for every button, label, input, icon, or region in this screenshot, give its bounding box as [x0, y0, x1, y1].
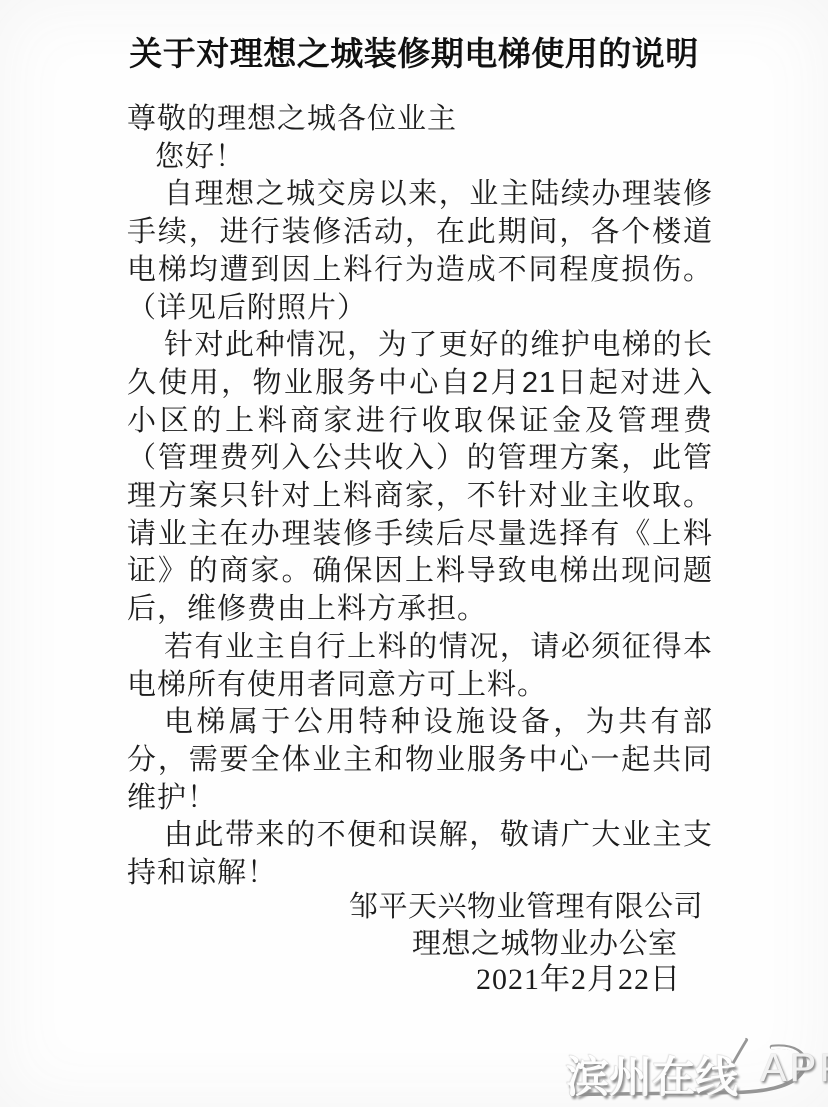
watermark-app-label: APP: [760, 1046, 828, 1091]
greeting-line: 您好！: [127, 139, 713, 177]
body-paragraph: 由此带来的不便和误解，敬请广大业主支持和谅解！: [127, 817, 713, 892]
body-paragraph: 若有业主自行上料的情况，请必须征得本电梯所有使用者同意方可上料。: [127, 629, 713, 704]
salutation-line: 尊敬的理想之城各位业主: [127, 101, 713, 139]
news-app-watermark: 滨州在线 APP: [556, 1034, 822, 1104]
signature-office: 理想之城物业办公室: [412, 925, 678, 963]
signature-company: 邹平天兴物业管理有限公司: [349, 888, 703, 926]
document-body: 尊敬的理想之城各位业主 您好！ 自理想之城交房以来，业主陆续办理装修手续，进行装…: [127, 101, 713, 893]
body-paragraph: 电梯属于公用特种设施设备，为共有部分，需要全体业主和物业服务中心一起共同维护！: [127, 704, 713, 817]
body-paragraph: 针对此种情况，为了更好的维护电梯的长久使用，物业服务中心自2月21日起对进入小区…: [127, 327, 713, 629]
watermark-site-name: 滨州在线: [566, 1044, 738, 1105]
notice-document: 关于对理想之城装修期电梯使用的说明 尊敬的理想之城各位业主 您好！ 自理想之城交…: [0, 0, 828, 1107]
signature-date: 2021年2月22日: [476, 961, 681, 999]
document-title: 关于对理想之城装修期电梯使用的说明: [0, 30, 828, 78]
body-paragraph: 自理想之城交房以来，业主陆续办理装修手续，进行装修活动，在此期间，各个楼道电梯均…: [127, 176, 713, 327]
